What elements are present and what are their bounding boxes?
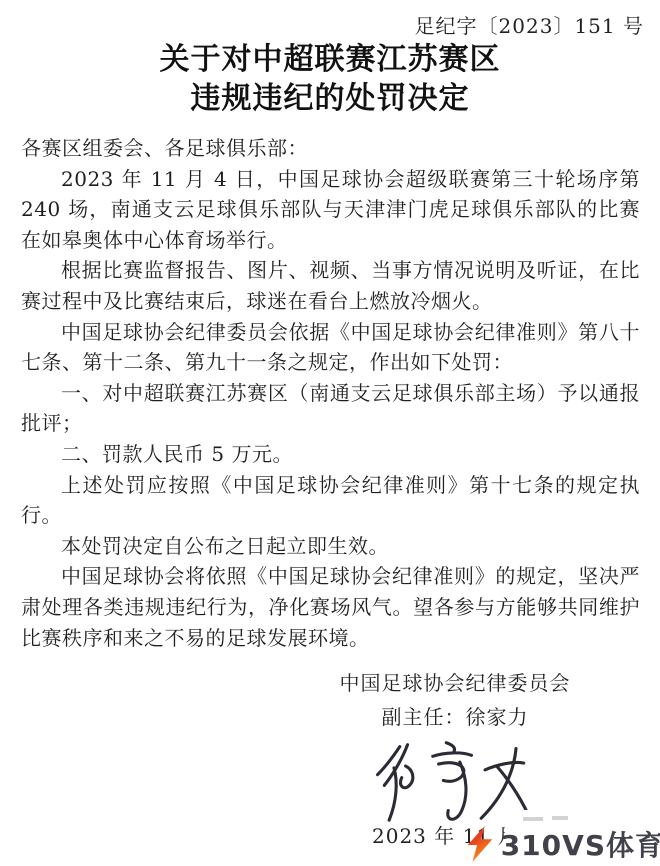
salutation: 各赛区组委会、各足球俱乐部：	[21, 133, 640, 164]
paragraph-penalty-2: 二、罚款人民币 5 万元。	[21, 439, 640, 470]
paragraph-incident: 根据比赛监督报告、图片、视频、当事方情况说明及听证，在比赛过程中及比赛结束后，球…	[21, 255, 640, 316]
doc-title-line-2: 违规违纪的处罚决定	[0, 79, 660, 118]
doc-title: 关于对中超联赛江苏赛区 违规违纪的处罚决定	[0, 40, 660, 118]
signature-organization: 中国足球协会纪律委员会	[305, 668, 605, 699]
paragraph-legal-basis: 中国足球协会纪律委员会依据《中国足球协会纪律准则》第八十七条、第十二条、第九十一…	[21, 317, 640, 378]
obscured-text-remnant	[552, 816, 568, 820]
paragraph-match-info: 2023 年 11 月 4 日，中国足球协会超级联赛第三十轮场序第 240 场，…	[21, 164, 640, 256]
watermark-logo: 310VS体育	[463, 824, 660, 864]
paragraph-penalty-1: 一、对中超联赛江苏赛区（南通支云足球俱乐部主场）予以通报批评；	[21, 378, 640, 439]
paragraph-effective: 本处罚决定自公布之日起立即生效。	[21, 531, 640, 562]
signature-signer-title: 副主任：徐家力	[305, 702, 605, 733]
document-page: 足纪字〔2023〕151 号 关于对中超联赛江苏赛区 违规违纪的处罚决定 各赛区…	[0, 0, 660, 866]
doc-title-line-1: 关于对中超联赛江苏赛区	[0, 40, 660, 79]
lightning-s-icon	[463, 825, 497, 863]
doc-body: 各赛区组委会、各足球俱乐部： 2023 年 11 月 4 日，中国足球协会超级联…	[21, 133, 640, 653]
signature-block: 中国足球协会纪律委员会 副主任：徐家力	[305, 668, 605, 827]
watermark-brand-text: 310VS体育	[501, 824, 660, 864]
paragraph-execution: 上述处罚应按照《中国足球协会纪律准则》第十七条的规定执行。	[21, 470, 640, 531]
doc-number: 足纪字〔2023〕151 号	[415, 10, 644, 39]
obscured-text-remnant	[523, 817, 543, 821]
paragraph-closing: 中国足球协会将依照《中国足球协会纪律准则》的规定，坚决严肃处理各类违规违纪行为，…	[21, 561, 640, 653]
